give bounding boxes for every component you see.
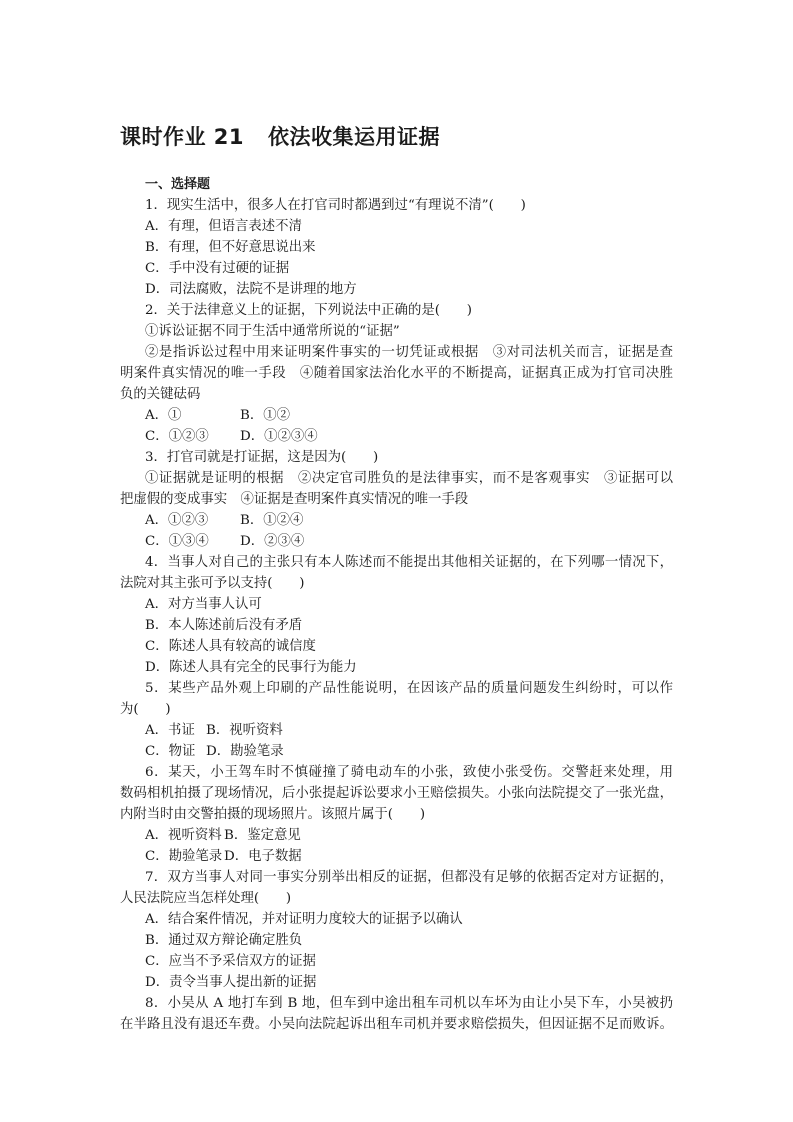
option-row: C．勘验笔录 D．电子数据	[120, 846, 673, 867]
page-title: 课时作业 21依法收集运用证据	[120, 121, 440, 151]
option-d: D．责令当事人提出新的证据	[120, 972, 673, 993]
section-heading: 一、选择题	[120, 174, 673, 195]
option-c: C．手中没有过硬的证据	[120, 258, 673, 279]
question-stem: 6．某天，小王驾车时不慎碰撞了骑电动车的小张，致使小张受伤。交警赶来处理，用	[120, 762, 673, 783]
option-b: B．视听资料	[206, 720, 283, 741]
question-1: 1．现实生活中，很多人在打官司时都遇到过“有理说不清”( ) A．有理，但语言表…	[120, 195, 673, 300]
option-row: A．书证 B．视听资料	[120, 720, 673, 741]
question-5: 5．某些产品外观上印刷的产品性能说明，在因该产品的质量问题发生纠纷时，可以作 为…	[120, 678, 673, 762]
option-d: D．②③④	[240, 531, 304, 552]
question-6: 6．某天，小王驾车时不慎碰撞了骑电动车的小张，致使小张受伤。交警赶来处理，用 数…	[120, 762, 673, 867]
option-c: C．①③④	[145, 531, 240, 552]
option-d: D．陈述人具有完全的民事行为能力	[120, 657, 673, 678]
statement-line: ①诉讼证据不同于生活中通常所说的“证据”	[120, 321, 673, 342]
option-a: A．对方当事人认可	[120, 594, 673, 615]
question-4: 4．当事人对自己的主张只有本人陈述而不能提出其他相关证据的，在下列哪一情况下， …	[120, 552, 673, 678]
option-d: D．①②③④	[240, 426, 318, 447]
question-stem: 7．双方当事人对同一事实分别举出相反的证据，但都没有足够的依据否定对方证据的，	[120, 867, 673, 888]
option-a: A．书证	[145, 720, 206, 741]
question-stem-cont: 人民法院应当怎样处理( )	[120, 888, 673, 909]
option-c: C．陈述人具有较高的诚信度	[120, 636, 673, 657]
option-a: A．结合案件情况，并对证明力度较大的证据予以确认	[120, 909, 673, 930]
document-page: 课时作业 21依法收集运用证据 一、选择题 1．现实生活中，很多人在打官司时都遇…	[0, 0, 793, 1122]
statement-line: ②是指诉讼过程中用来证明案件事实的一切凭证或根据 ③对司法机关而言，证据是查	[120, 342, 673, 363]
option-a: A．有理，但语言表述不清	[120, 216, 673, 237]
statement-line: ①证据就是证明的根据 ②决定官司胜负的是法律事实，而不是客观事实 ③证据可以	[120, 468, 673, 489]
title-lesson-number: 课时作业 21	[120, 125, 244, 149]
option-a: A．视听资料	[145, 825, 224, 846]
statement-line: 负的关键砝码	[120, 384, 673, 405]
option-row: C．物证 D．勘验笔录	[120, 741, 673, 762]
option-b: B．有理，但不好意思说出来	[120, 237, 673, 258]
option-a: A．①②③	[145, 510, 240, 531]
question-2: 2．关于法律意义上的证据，下列说法中正确的是( ) ①诉讼证据不同于生活中通常所…	[120, 300, 673, 447]
question-stem-cont: 在半路且没有退还车费。小吴向法院起诉出租车司机并要求赔偿损失，但因证据不足而败诉…	[120, 1014, 673, 1035]
option-b: B．①②④	[240, 510, 303, 531]
question-stem-cont: 数码相机拍摄了现场情况，后小张提起诉讼要求小王赔偿损失。小张向法院提交了一张光盘…	[120, 783, 673, 804]
option-c: C．勘验笔录	[145, 846, 224, 867]
title-topic: 依法收集运用证据	[268, 125, 440, 149]
option-row: A．①②③ B．①②④	[120, 510, 673, 531]
option-d: D．勘验笔录	[206, 741, 284, 762]
option-b: B．本人陈述前后没有矛盾	[120, 615, 673, 636]
question-stem-cont: 为( )	[120, 699, 673, 720]
option-b: B．通过双方辩论确定胜负	[120, 930, 673, 951]
option-c: C．应当不予采信双方的证据	[120, 951, 673, 972]
statement-line: 把虚假的变成事实 ④证据是查明案件真实情况的唯一手段	[120, 489, 673, 510]
option-b: B．鉴定意见	[224, 825, 301, 846]
question-stem: 1．现实生活中，很多人在打官司时都遇到过“有理说不清”( )	[120, 195, 673, 216]
question-3: 3．打官司就是打证据，这是因为( ) ①证据就是证明的根据 ②决定官司胜负的是法…	[120, 447, 673, 552]
question-stem: 2．关于法律意义上的证据，下列说法中正确的是( )	[120, 300, 673, 321]
option-b: B．①②	[240, 405, 290, 426]
option-d: D．电子数据	[224, 846, 302, 867]
option-row: A．视听资料 B．鉴定意见	[120, 825, 673, 846]
option-d: D．司法腐败，法院不是讲理的地方	[120, 279, 673, 300]
question-7: 7．双方当事人对同一事实分别举出相反的证据，但都没有足够的依据否定对方证据的， …	[120, 867, 673, 993]
question-stem: 8．小吴从 A 地打车到 B 地，但车到中途出租车司机以车坏为由让小吴下车，小吴…	[120, 993, 673, 1014]
question-stem-cont: 内附当时由交警拍摄的现场照片。该照片属于( )	[120, 804, 673, 825]
question-stem: 4．当事人对自己的主张只有本人陈述而不能提出其他相关证据的，在下列哪一情况下，	[120, 552, 673, 573]
statement-line: 明案件真实情况的唯一手段 ④随着国家法治化水平的不断提高，证据真正成为打官司决胜	[120, 363, 673, 384]
question-stem: 5．某些产品外观上印刷的产品性能说明，在因该产品的质量问题发生纠纷时，可以作	[120, 678, 673, 699]
option-row: C．①③④ D．②③④	[120, 531, 673, 552]
question-stem-cont: 法院对其主张可予以支持( )	[120, 573, 673, 594]
option-c: C．物证	[145, 741, 206, 762]
exercise-content: 一、选择题 1．现实生活中，很多人在打官司时都遇到过“有理说不清”( ) A．有…	[120, 174, 673, 1035]
option-a: A．①	[145, 405, 240, 426]
option-c: C．①②③	[145, 426, 240, 447]
option-row: C．①②③ D．①②③④	[120, 426, 673, 447]
question-stem: 3．打官司就是打证据，这是因为( )	[120, 447, 673, 468]
question-8: 8．小吴从 A 地打车到 B 地，但车到中途出租车司机以车坏为由让小吴下车，小吴…	[120, 993, 673, 1035]
option-row: A．① B．①②	[120, 405, 673, 426]
